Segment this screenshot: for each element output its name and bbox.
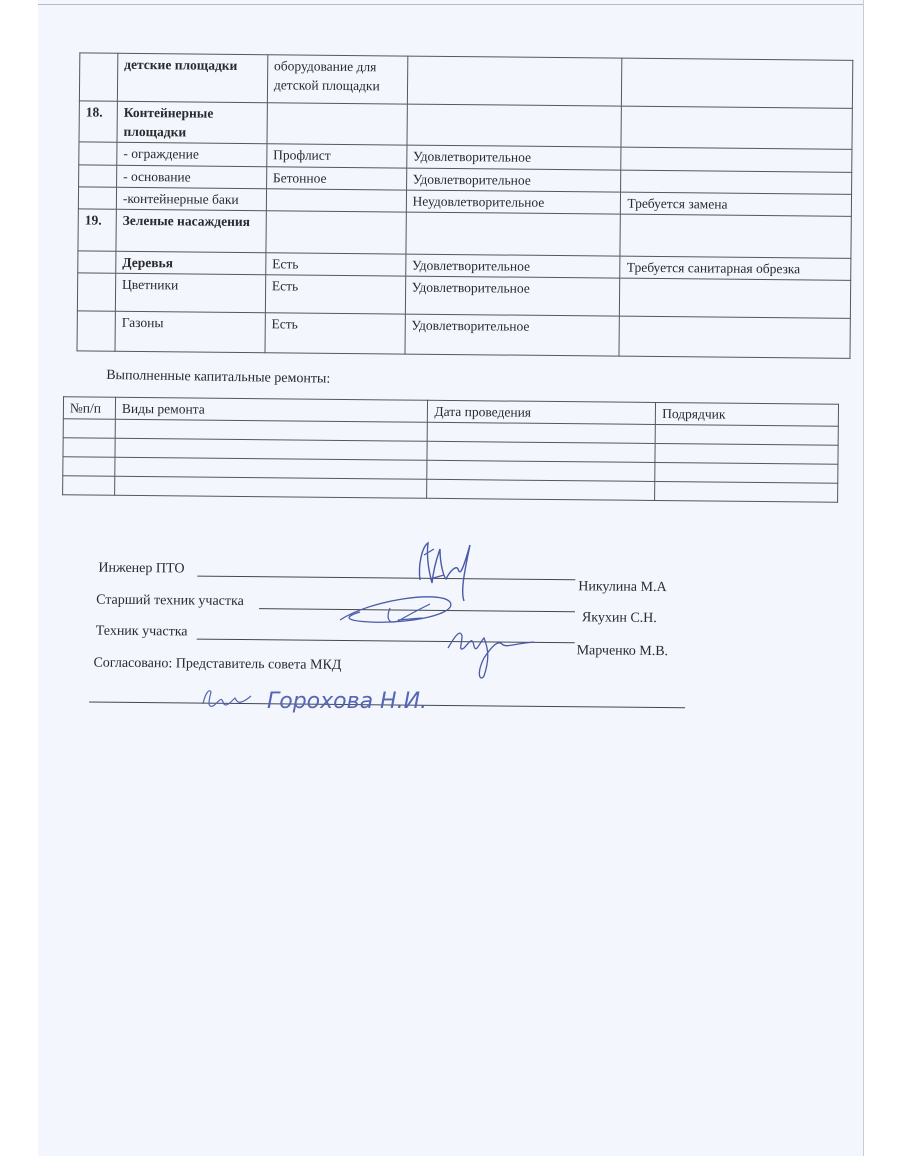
table-cell [655,424,838,445]
cell-material [266,189,406,212]
cell-note: Требуется санитарная обрезка [620,256,851,280]
signature-role-senior-tech: Старший техник участка [96,593,244,610]
cell-material [267,103,407,145]
cell-element-name: Деревья [116,251,266,274]
cell-material: оборудование для детской площадки [267,55,407,104]
cell-element-name: Контейнерные площадки [117,101,267,143]
cell-row-number [77,273,115,311]
approval-label: Согласовано: Представитель совета МКД [93,656,341,674]
table-cell [115,476,428,498]
cell-condition: Удовлетворительное [405,314,620,356]
cell-material: Есть [265,275,405,314]
cell-note [621,170,852,194]
cell-row-number [79,165,117,187]
signature-line-engineer [197,576,575,581]
cell-row-number [77,311,115,351]
cell-row-number [78,187,116,209]
cell-material: Профлист [267,144,407,168]
table-cell [63,476,115,495]
table-cell [63,457,115,476]
signature-role-tech: Техник участка [96,624,188,641]
cell-row-number [79,142,117,165]
table-cell [427,460,655,481]
council-rep-handwritten-name: Горохова Н.И. [267,689,427,714]
column-header: Дата проведения [428,400,656,424]
cell-row-number: 18. [79,101,117,142]
cell-condition: Неудовлетворительное [406,190,621,214]
table-cell [655,481,838,502]
cell-note [621,147,852,172]
cell-row-number [79,53,117,101]
table-cell [63,438,115,457]
council-rep-handwritten-signature: Горохова Н.И. [195,680,455,720]
cell-condition: Удовлетворительное [406,168,621,192]
table-cell [428,422,656,443]
cell-note [622,58,853,108]
equipment-condition-table: детские площадкиоборудование для детской… [76,52,853,358]
tech-handwritten-signature [440,618,540,683]
cell-row-number: 19. [78,209,116,251]
cell-condition [407,104,622,147]
table-cell [427,441,655,462]
column-header: №п/п [63,397,115,419]
cell-element-name: детские площадки [117,53,267,102]
cell-element-name: - основание [117,165,267,188]
column-header: Виды ремонта [115,397,428,422]
table-cell [427,479,655,500]
signature-role-engineer: Инженер ПТО [98,561,184,578]
table-cell [63,419,115,438]
table-row: ГазоныЕстьУдовлетворительное [77,311,850,358]
column-header: Подрядчик [656,402,839,426]
cell-condition [406,212,621,256]
cell-note [621,106,852,149]
signature-name-engineer: Никулина М.А [578,579,666,596]
cell-material: Бетонное [266,167,406,190]
cell-condition: Удовлетворительное [406,145,621,170]
cell-element-name: Цветники [115,273,265,312]
cell-element-name: - ограждение [117,142,267,166]
cell-note: Требуется замена [621,192,852,216]
signature-name-senior-tech: Якухин С.Н. [582,610,657,627]
repairs-caption: Выполненные капитальные ремонты: [106,368,330,388]
cell-condition: Удовлетворительное [405,276,620,316]
cell-material: Есть [266,253,406,276]
cell-material [266,211,406,254]
cell-condition [407,56,622,106]
cell-element-name: -контейнерные баки [116,187,266,210]
cell-note [620,214,851,258]
cell-element-name: Газоны [115,311,265,352]
capital-repairs-table: №п/пВиды ремонтаДата проведенияПодрядчик [62,396,839,502]
table-cell [655,443,838,464]
cell-element-name: Зеленые насаждения [116,209,266,252]
cell-condition: Удовлетворительное [405,254,620,278]
table-row: 19.Зеленые насаждения [78,209,851,258]
cell-note [619,316,850,358]
cell-note [620,278,851,318]
table-cell [655,462,838,483]
table-row: детские площадкиоборудование для детской… [79,53,852,108]
cell-row-number [78,251,116,273]
signature-name-tech: Марченко М.В. [577,643,669,660]
cell-material: Есть [265,313,405,354]
